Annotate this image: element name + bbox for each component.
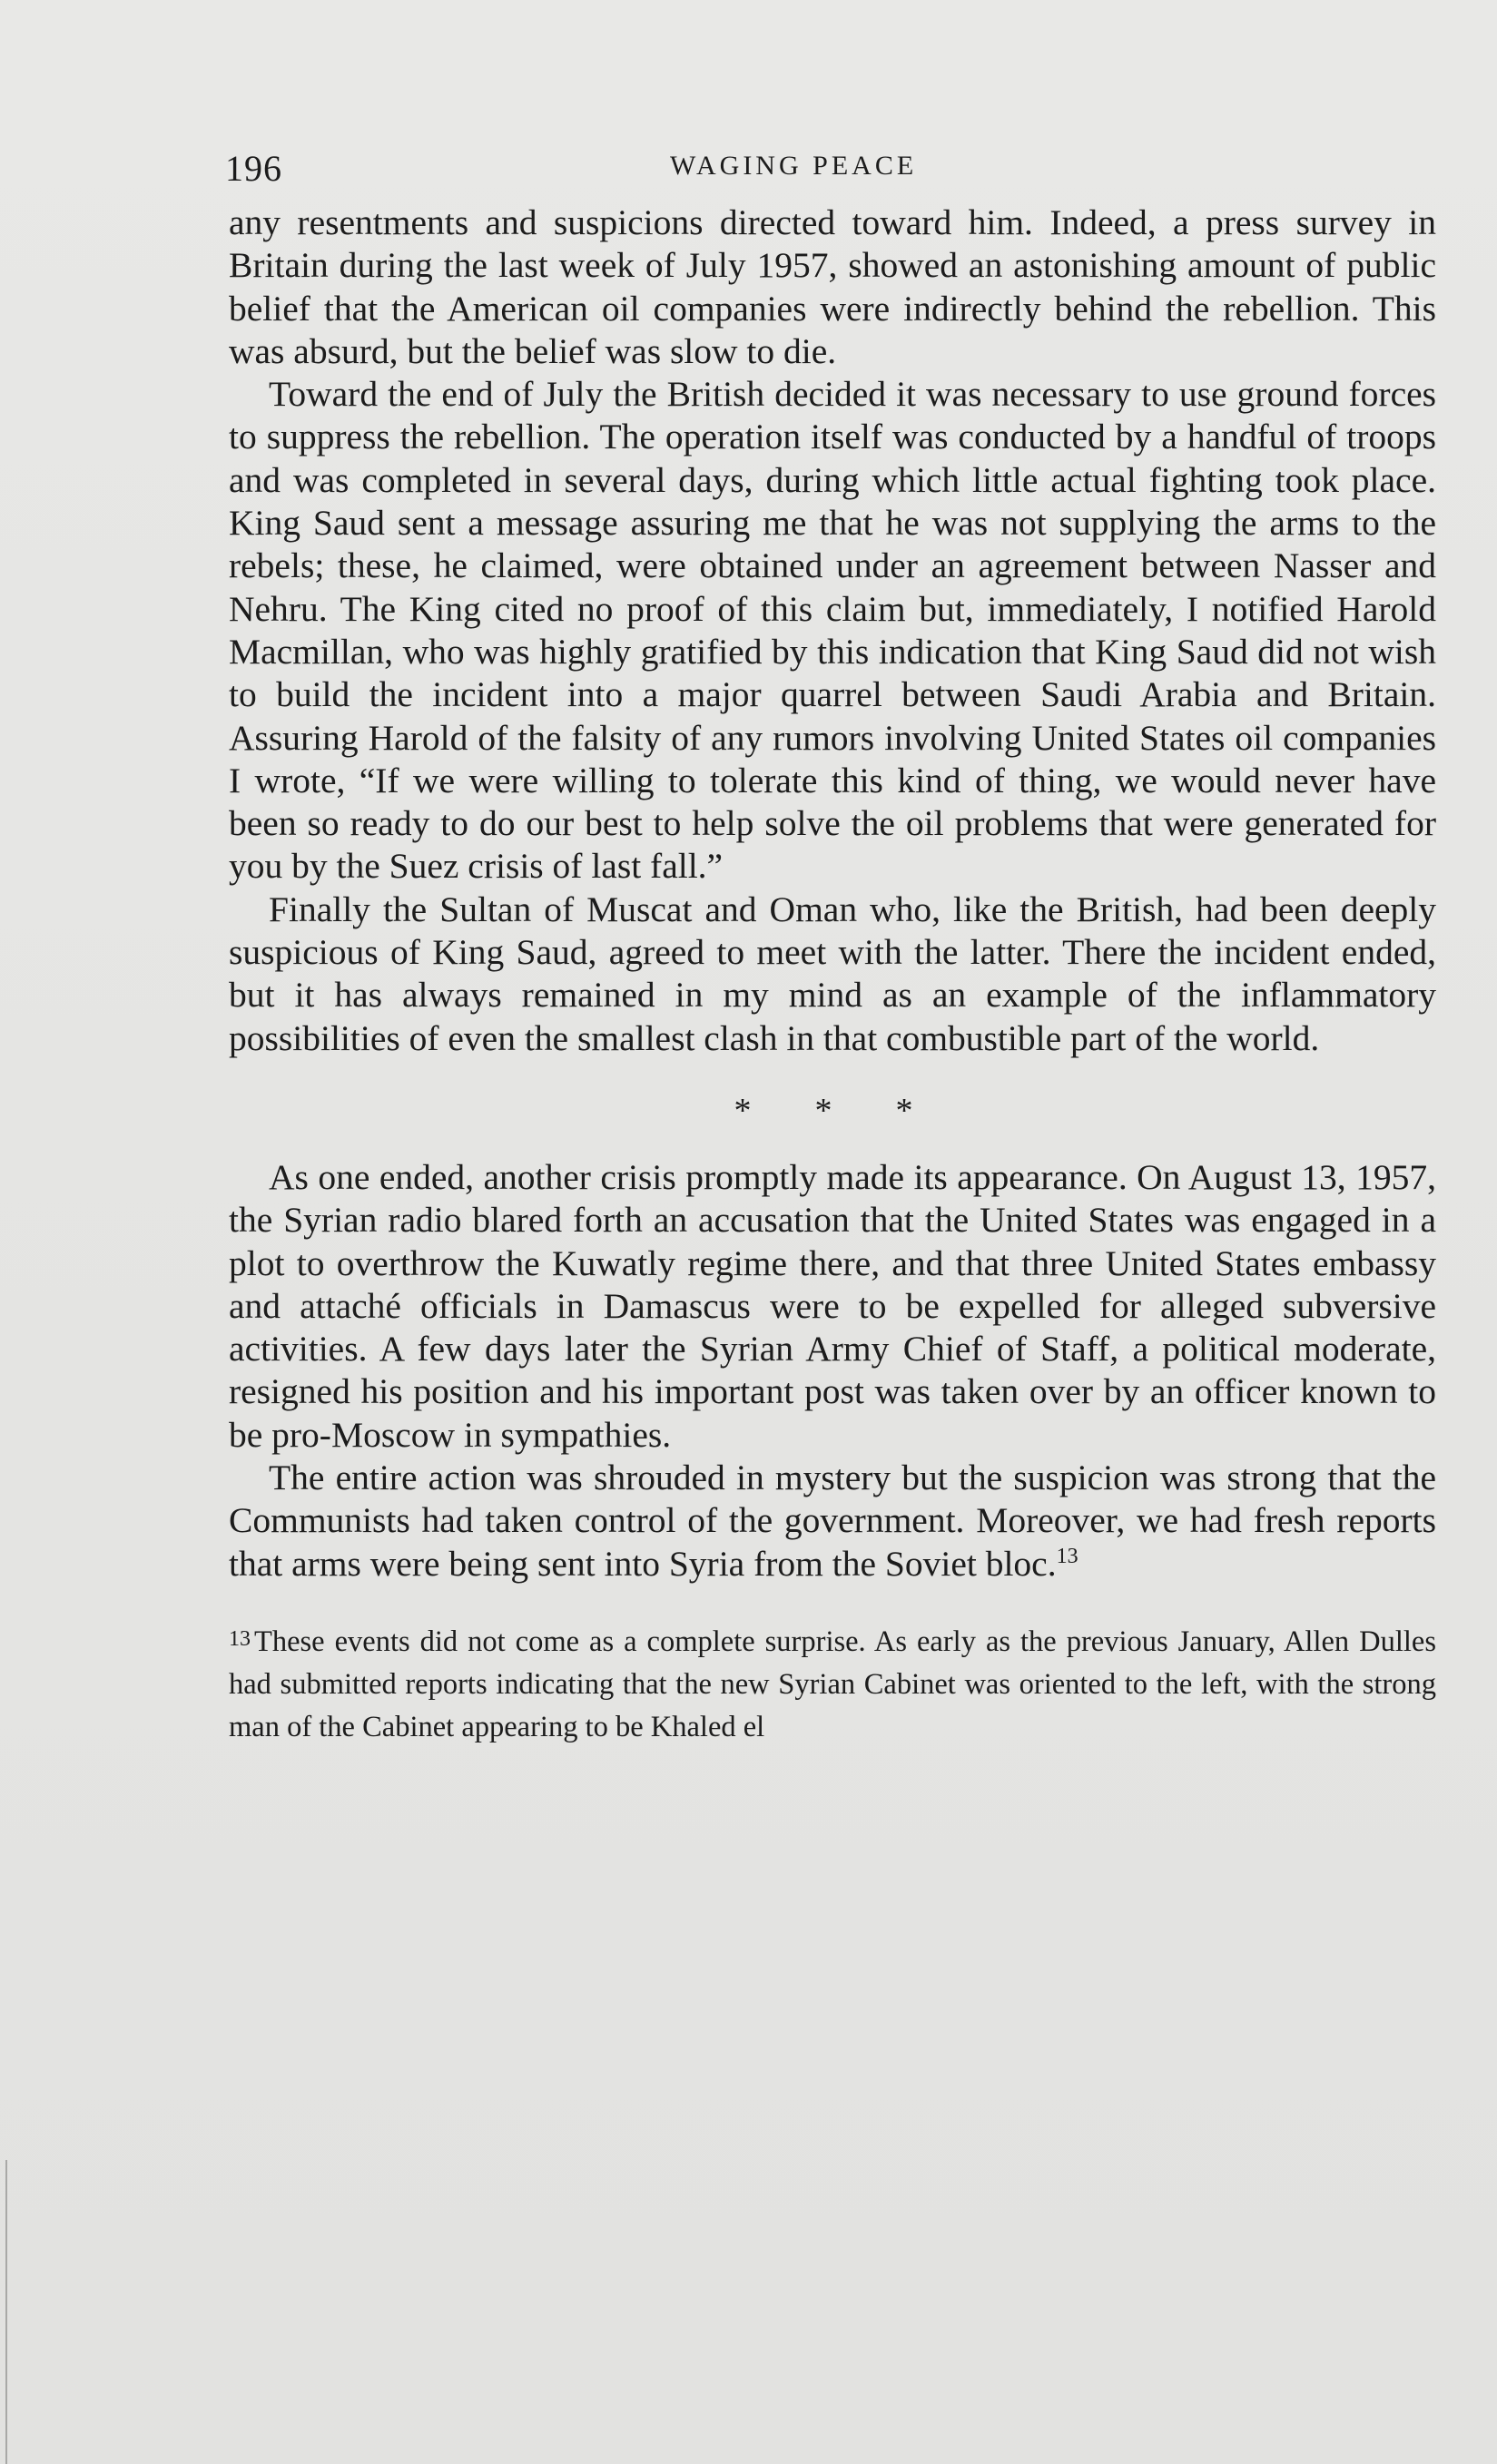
footnote-marker: 13 (229, 1627, 251, 1651)
section-break-asterisks: * * * (211, 1065, 1436, 1156)
page-header: 196 WAGING PEACE (225, 147, 1442, 201)
paragraph-text: The entire action was shrouded in myster… (229, 1458, 1436, 1584)
footnote-13: 13These events did not come as a complet… (229, 1618, 1436, 1749)
running-head-title: WAGING PEACE (670, 151, 917, 182)
paragraph-syrian-crisis: As one ended, another crisis promptly ma… (229, 1156, 1436, 1457)
asterisk: * (734, 1091, 752, 1131)
page-number: 196 (225, 147, 282, 190)
asterisk: * (815, 1091, 832, 1131)
paragraph-communist-suspicion: The entire action was shrouded in myster… (229, 1457, 1436, 1585)
book-page: 196 WAGING PEACE any resentments and sus… (0, 0, 1497, 2464)
footnote-text: These events did not come as a complete … (229, 1625, 1436, 1743)
body-text: any resentments and suspicions directed … (229, 201, 1436, 1778)
paragraph-british-ground-forces: Toward the end of July the British decid… (229, 373, 1436, 888)
paragraph-sultan-muscat-oman: Finally the Sultan of Muscat and Oman wh… (229, 888, 1436, 1060)
asterisk: * (896, 1091, 913, 1131)
page-edge-shadow (5, 2160, 7, 2464)
paragraph-continuation: any resentments and suspicions directed … (229, 201, 1436, 373)
footnote-reference[interactable]: 13 (1057, 1544, 1078, 1567)
